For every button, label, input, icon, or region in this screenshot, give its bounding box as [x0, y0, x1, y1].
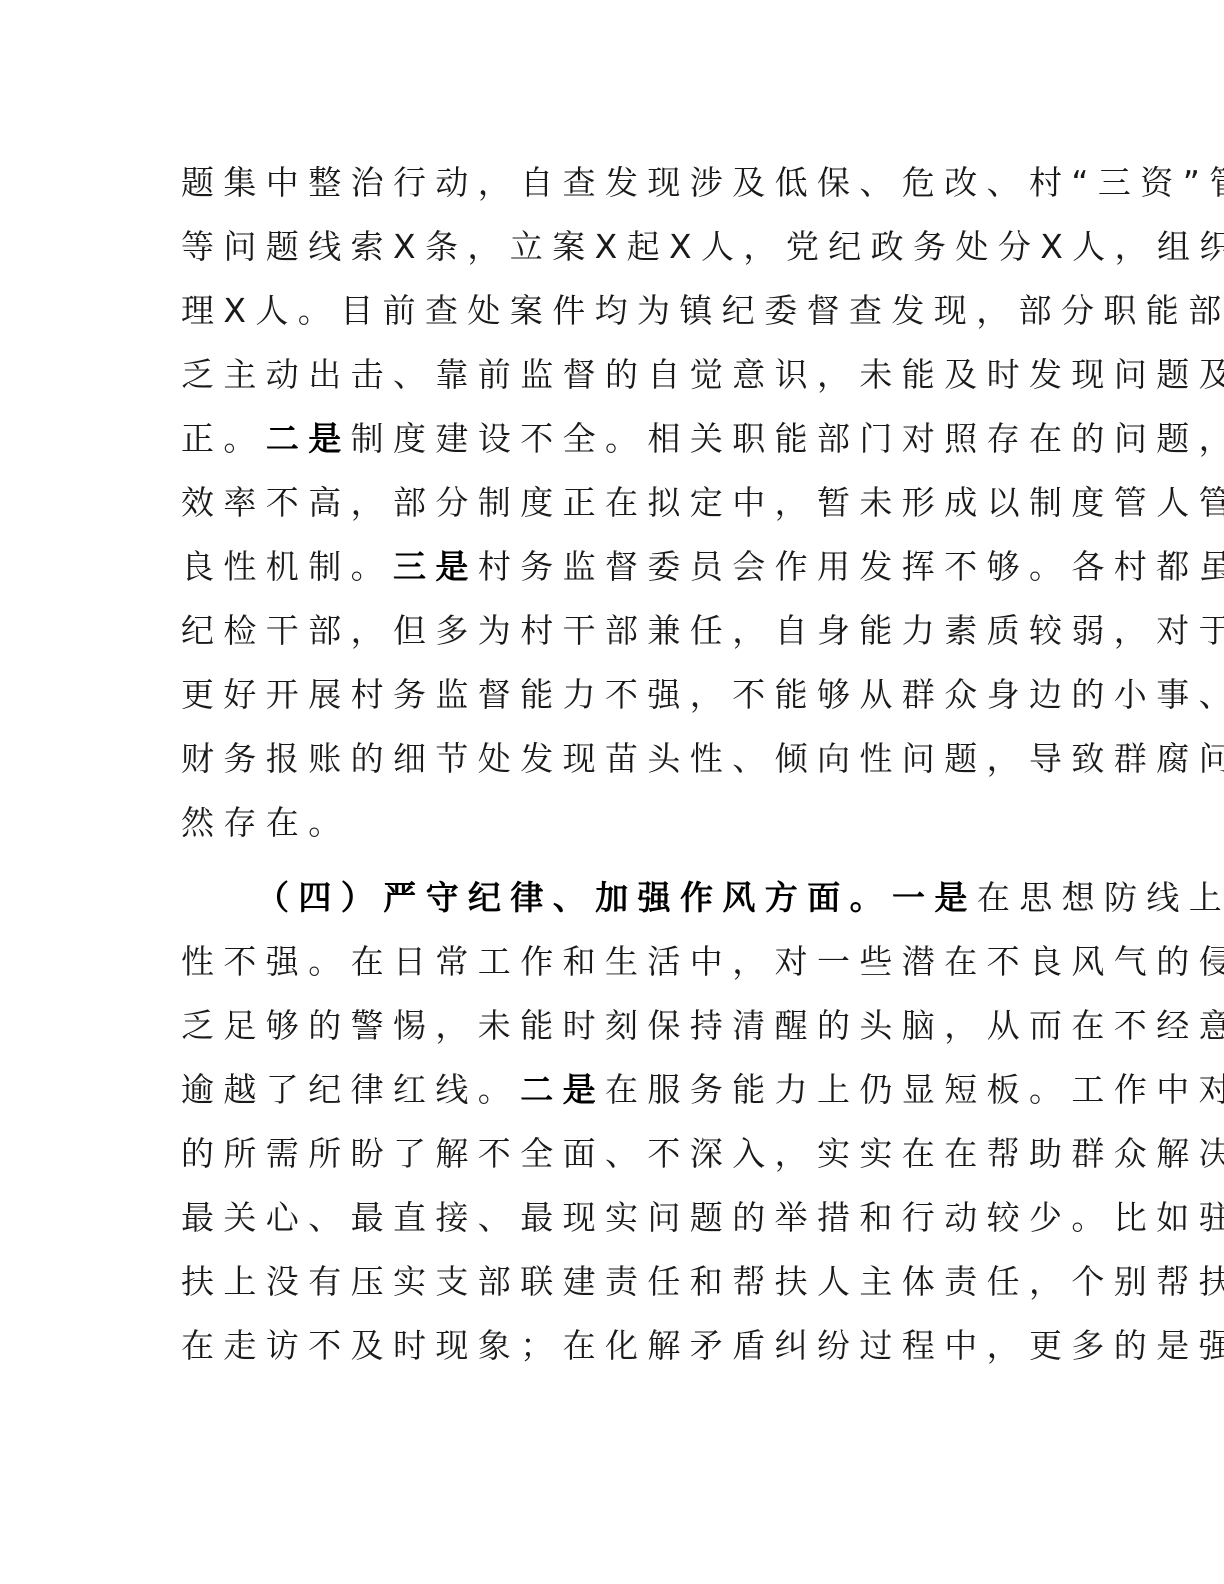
- document-page: 题集中整治行动，自查发现涉及低保、危改、村“三资”管理 等问题线索X条，立案X起…: [0, 0, 1224, 1584]
- line-text: 理X人。目前查处案件均为镇纪委督查发现，部分职能部门缺: [181, 291, 1224, 330]
- line-text: 性不强。在日常工作和生活中，对一些潜在不良风气的侵蚀缺: [181, 942, 1224, 981]
- line-text: 逾越了纪律红线。: [181, 1070, 520, 1109]
- section-heading: （四）严守纪律、加强作风方面。一是: [256, 878, 977, 917]
- line-text: 扶上没有压实支部联建责任和帮扶人主体责任，个别帮扶人存: [181, 1262, 1224, 1301]
- line-text: 在走访不及时现象；在化解矛盾纠纷过程中，更多的是强调法: [181, 1326, 1224, 1365]
- line-text: 良性机制。: [181, 547, 393, 586]
- line-text: 制度建设不全。相关职能部门对照存在的问题，整改: [351, 419, 1224, 458]
- line-text: 在服务能力上仍显短板。工作中对群众: [605, 1070, 1224, 1109]
- line-text: 题集中整治行动，自查发现涉及低保、危改、村“三资”管理: [181, 163, 1224, 202]
- line-text: 乏足够的警惕，未能时刻保持清醒的头脑，从而在不经意间就: [181, 1006, 1224, 1045]
- line-text: 财务报账的细节处发现苗头性、倾向性问题，导致群腐问题依: [181, 739, 1224, 778]
- text-line: 性不强。在日常工作和生活中，对一些潜在不良风气的侵蚀缺: [181, 930, 1033, 994]
- text-line: 题集中整治行动，自查发现涉及低保、危改、村“三资”管理: [181, 151, 1033, 215]
- text-line: 的所需所盼了解不全面、不深入，实实在在帮助群众解决他们: [181, 1122, 1033, 1186]
- text-line: 更好开展村务监督能力不强，不能够从群众身边的小事、村级: [181, 663, 1033, 727]
- text-line: 效率不高，部分制度正在拟定中，暂未形成以制度管人管事的: [181, 471, 1033, 535]
- line-text: 在思想防线上警惕: [977, 878, 1224, 917]
- text-line: 纪检干部，但多为村干部兼任，自身能力素质较弱，对于如何: [181, 599, 1033, 663]
- text-line: 等问题线索X条，立案X起X人，党纪政务处分X人，组织处: [181, 215, 1033, 279]
- line-text: 效率不高，部分制度正在拟定中，暂未形成以制度管人管事的: [181, 483, 1224, 522]
- line-text: 然存在。: [181, 803, 351, 842]
- line-text: 村务监督委员会作用发挥不够。各村都虽配有: [478, 547, 1224, 586]
- line-text: 纪检干部，但多为村干部兼任，自身能力素质较弱，对于如何: [181, 611, 1224, 650]
- text-line: 财务报账的细节处发现苗头性、倾向性问题，导致群腐问题依: [181, 727, 1033, 791]
- text-line: 在走访不及时现象；在化解矛盾纠纷过程中，更多的是强调法: [181, 1314, 1033, 1378]
- line-text: 更好开展村务监督能力不强，不能够从群众身边的小事、村级: [181, 675, 1224, 714]
- line-text: 最关心、最直接、最现实问题的举措和行动较少。比如驻村帮: [181, 1198, 1224, 1237]
- bold-keyword: 三是: [393, 547, 478, 586]
- bold-keyword: 二是: [520, 1070, 605, 1109]
- text-line: 然存在。: [181, 791, 1033, 855]
- line-text: 正。: [181, 419, 266, 458]
- line-text: 乏主动出击、靠前监督的自觉意识，未能及时发现问题及时纠: [181, 355, 1224, 394]
- text-line: 正。二是制度建设不全。相关职能部门对照存在的问题，整改: [181, 407, 1033, 471]
- section-heading-line: （四）严守纪律、加强作风方面。一是在思想防线上警惕: [256, 866, 1033, 930]
- text-line: 扶上没有压实支部联建责任和帮扶人主体责任，个别帮扶人存: [181, 1250, 1033, 1314]
- text-line: 逾越了纪律红线。二是在服务能力上仍显短板。工作中对群众: [181, 1058, 1033, 1122]
- text-line: 理X人。目前查处案件均为镇纪委督查发现，部分职能部门缺: [181, 279, 1033, 343]
- text-line: 最关心、最直接、最现实问题的举措和行动较少。比如驻村帮: [181, 1186, 1033, 1250]
- bold-keyword: 二是: [266, 419, 351, 458]
- text-line: 乏足够的警惕，未能时刻保持清醒的头脑，从而在不经意间就: [181, 994, 1033, 1058]
- text-line: 良性机制。三是村务监督委员会作用发挥不够。各村都虽配有: [181, 535, 1033, 599]
- line-text: 的所需所盼了解不全面、不深入，实实在在帮助群众解决他们: [181, 1134, 1224, 1173]
- line-text: 等问题线索X条，立案X起X人，党纪政务处分X人，组织处: [181, 227, 1224, 266]
- text-line: 乏主动出击、靠前监督的自觉意识，未能及时发现问题及时纠: [181, 343, 1033, 407]
